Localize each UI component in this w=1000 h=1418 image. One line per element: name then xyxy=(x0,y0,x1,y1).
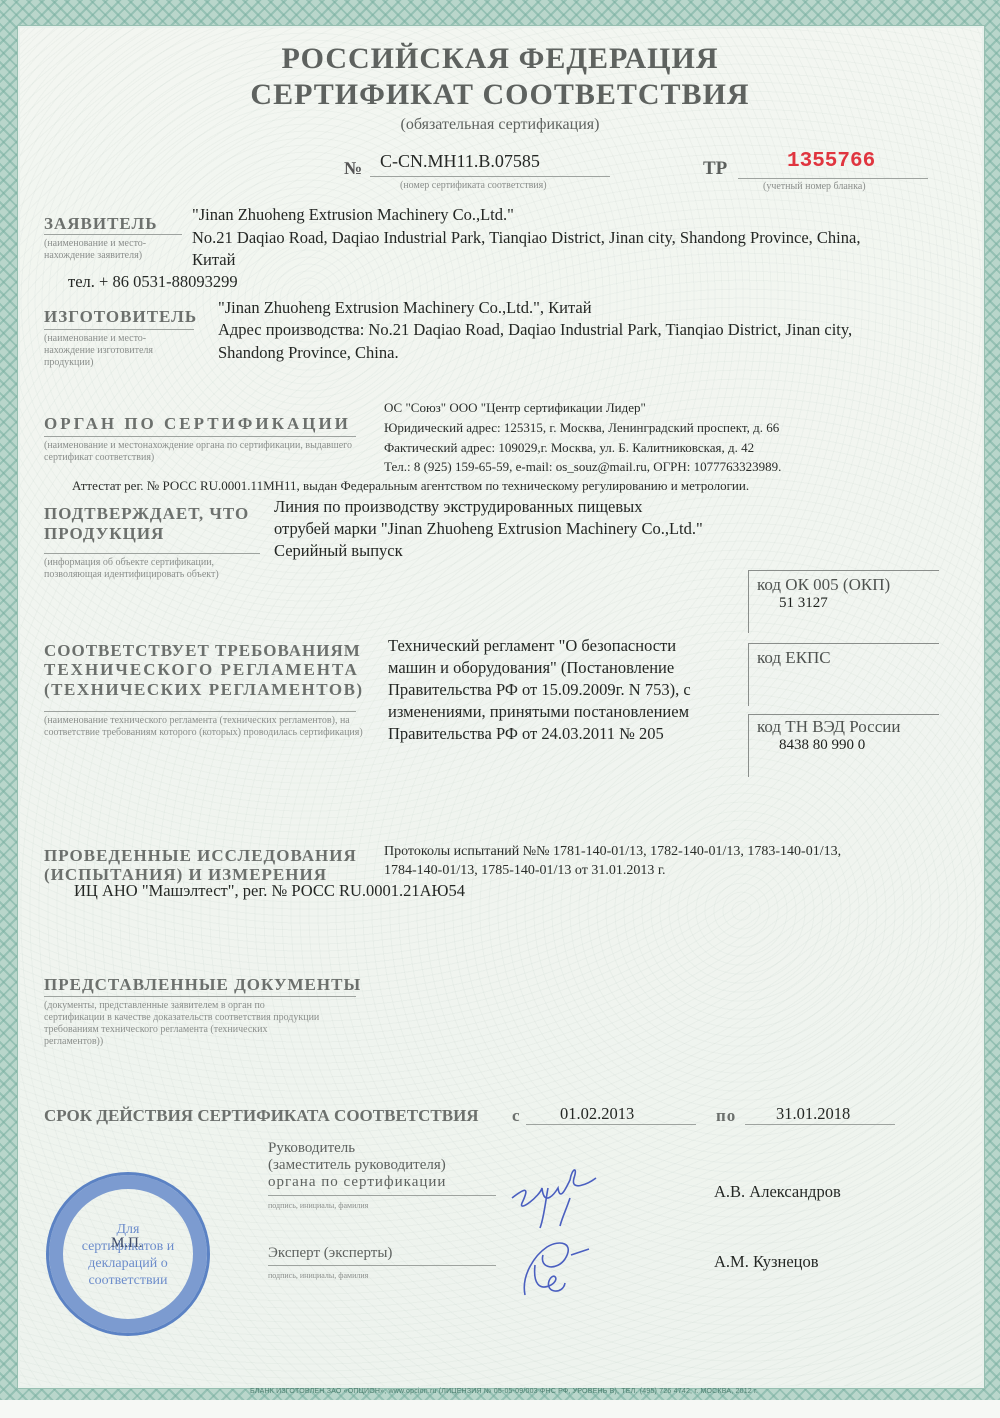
manufacturer-label: ИЗГОТОВИТЕЛЬ xyxy=(44,307,197,327)
code-box-tnved: код ТН ВЭД России 8438 80 990 0 xyxy=(748,714,939,777)
test-protocols-2: 1784-140-01/13, 1785-140-01/13 от 31.01.… xyxy=(384,862,666,879)
tests-label: ПРОВЕДЕННЫЕ ИССЛЕДОВАНИЯ xyxy=(44,846,357,866)
head-label-3: органа по сертификации xyxy=(268,1174,446,1191)
certification-body-name: ОС "Союз" ООО "Центр сертификации Лидер" xyxy=(384,399,646,416)
head-label: Руководитель xyxy=(268,1140,355,1156)
regulation-line-4: изменениями, принятыми постановлением xyxy=(388,702,689,722)
validity-label: СРОК ДЕЙСТВИЯ СЕРТИФИКАТА СООТВЕТСТВИЯ xyxy=(44,1106,479,1126)
documents-label: ПРЕДСТАВЛЕННЫЕ ДОКУМЕНТЫ xyxy=(44,975,361,995)
regulation-line-3: Правительства РФ от 15.09.2009г. N 753),… xyxy=(388,680,691,700)
product-brand: отрубей марки "Jinan Zhuoheng Extrusion … xyxy=(274,519,703,539)
certificate-number: C-CN.МН11.В.07585 xyxy=(380,151,540,172)
product-description: Линия по производству экструдированных п… xyxy=(274,497,643,517)
applicant-caption: (наименование и место-нахождение заявите… xyxy=(44,238,184,262)
manufacturer-caption: (наименование и место-нахождение изготов… xyxy=(44,333,194,369)
requirements-label-3: (ТЕХНИЧЕСКИХ РЕГЛАМЕНТОВ) xyxy=(44,680,364,700)
documents-caption: (документы, представленные заявителем в … xyxy=(44,1000,324,1048)
document-subtitle: (обязательная сертификация) xyxy=(340,116,660,134)
product-series: Серийный выпуск xyxy=(274,541,403,561)
seal-line-3: деклараций о xyxy=(49,1255,207,1272)
applicant-phone: тел. + 86 0531-88093299 xyxy=(68,272,238,292)
certification-body-actual-address: Фактический адрес: 109029,г. Москва, ул.… xyxy=(384,439,754,456)
code-okp-value: 51 3127 xyxy=(779,595,828,612)
validity-to-date: 31.01.2018 xyxy=(776,1104,850,1124)
attestation-line: Аттестат рег. № РОСС RU.0001.11МН11, выд… xyxy=(72,477,749,494)
certification-body-label: ОРГАН ПО СЕРТИФИКАЦИИ xyxy=(44,414,351,434)
applicant-name: "Jinan Zhuoheng Extrusion Machinery Co.,… xyxy=(192,205,514,225)
blank-number-caption: (учетный номер бланка) xyxy=(763,181,866,193)
number-sign: № xyxy=(344,158,362,179)
validity-to-prefix: по xyxy=(716,1106,736,1126)
regulation-line-1: Технический регламент "О безопасности xyxy=(388,636,676,656)
code-box-okp: код ОК 005 (ОКП) 51 3127 xyxy=(748,570,939,633)
document-title: СЕРТИФИКАТ СООТВЕТСТВИЯ xyxy=(240,78,760,112)
manufacturer-name: "Jinan Zhuoheng Extrusion Machinery Co.,… xyxy=(218,298,592,318)
applicant-address: No.21 Daqiao Road, Daqiao Industrial Par… xyxy=(192,228,860,248)
requirements-label-2: ТЕХНИЧЕСКОГО РЕГЛАМЕНТА xyxy=(44,660,359,680)
certificate-number-caption: (номер сертификата соответствия) xyxy=(400,180,547,192)
expert-label: Эксперт (эксперты) xyxy=(268,1245,392,1262)
regulation-line-5: Правительства РФ от 24.03.2011 № 205 xyxy=(388,724,664,744)
code-box-ekps: код ЕКПС xyxy=(748,643,939,706)
expert-name: А.М. Кузнецов xyxy=(714,1252,819,1272)
regulation-line-2: машин и оборудования" (Постановление xyxy=(388,658,674,678)
certification-body-legal-address: Юридический адрес: 125315, г. Москва, Ле… xyxy=(384,419,779,436)
printer-imprint: БЛАНК ИЗГОТОВЛЕН ЗАО «ОПЦИОН», www.opcio… xyxy=(250,1388,758,1395)
certification-body-caption: (наименование и местонахождение органа п… xyxy=(44,440,364,464)
seal-line-4: соответствии xyxy=(49,1272,207,1289)
product-caption: (информация об объекте сертификации, поз… xyxy=(44,557,264,581)
blank-prefix: ТР xyxy=(703,158,727,180)
code-okp-label: код ОК 005 (ОКП) xyxy=(757,575,890,595)
code-tnved-label: код ТН ВЭД России xyxy=(757,717,900,737)
test-lab: ИЦ АНО "Машэлтест", рег. № РОСС RU.0001.… xyxy=(74,881,465,901)
applicant-country: Китай xyxy=(192,250,235,270)
head-label-2: (заместитель руководителя) xyxy=(268,1157,446,1174)
manufacturer-address: Адрес производства: No.21 Daqiao Road, D… xyxy=(218,320,852,340)
validity-from-date: 01.02.2013 xyxy=(560,1104,634,1124)
official-seal: Для сертификатов и деклараций о соответс… xyxy=(46,1172,210,1336)
validity-from-prefix: с xyxy=(512,1106,521,1126)
code-ekps-label: код ЕКПС xyxy=(757,648,831,668)
seal-text: Для сертификатов и деклараций о соответс… xyxy=(49,1221,207,1289)
product-label-2: ПРОДУКЦИЯ xyxy=(44,524,164,544)
manufacturer-address-2: Shandong Province, China. xyxy=(218,343,399,363)
country-heading: РОССИЙСКАЯ ФЕДЕРАЦИЯ xyxy=(260,42,740,76)
blank-number: 1355766 xyxy=(787,150,875,173)
head-caption: подпись, инициалы, фамилия xyxy=(268,1200,368,1212)
certification-body-contacts: Тел.: 8 (925) 159-65-59, e-mail: os_souz… xyxy=(384,458,781,475)
test-protocols: Протоколы испытаний №№ 1781-140-01/13, 1… xyxy=(384,843,841,860)
mp-mark: М.П. xyxy=(111,1235,143,1252)
applicant-label: ЗАЯВИТЕЛЬ xyxy=(44,214,157,234)
product-label: ПОДТВЕРЖДАЕТ, ЧТО xyxy=(44,504,249,524)
requirements-caption: (наименование технического регламента (т… xyxy=(44,715,364,739)
scan-margin xyxy=(0,1400,1000,1418)
code-tnved-value: 8438 80 990 0 xyxy=(779,737,865,754)
expert-caption: подпись, инициалы, фамилия xyxy=(268,1270,368,1282)
head-name: А.В. Александров xyxy=(714,1182,841,1202)
expert-signature xyxy=(505,1225,605,1305)
requirements-label: СООТВЕТСТВУЕТ ТРЕБОВАНИЯМ xyxy=(44,641,361,661)
